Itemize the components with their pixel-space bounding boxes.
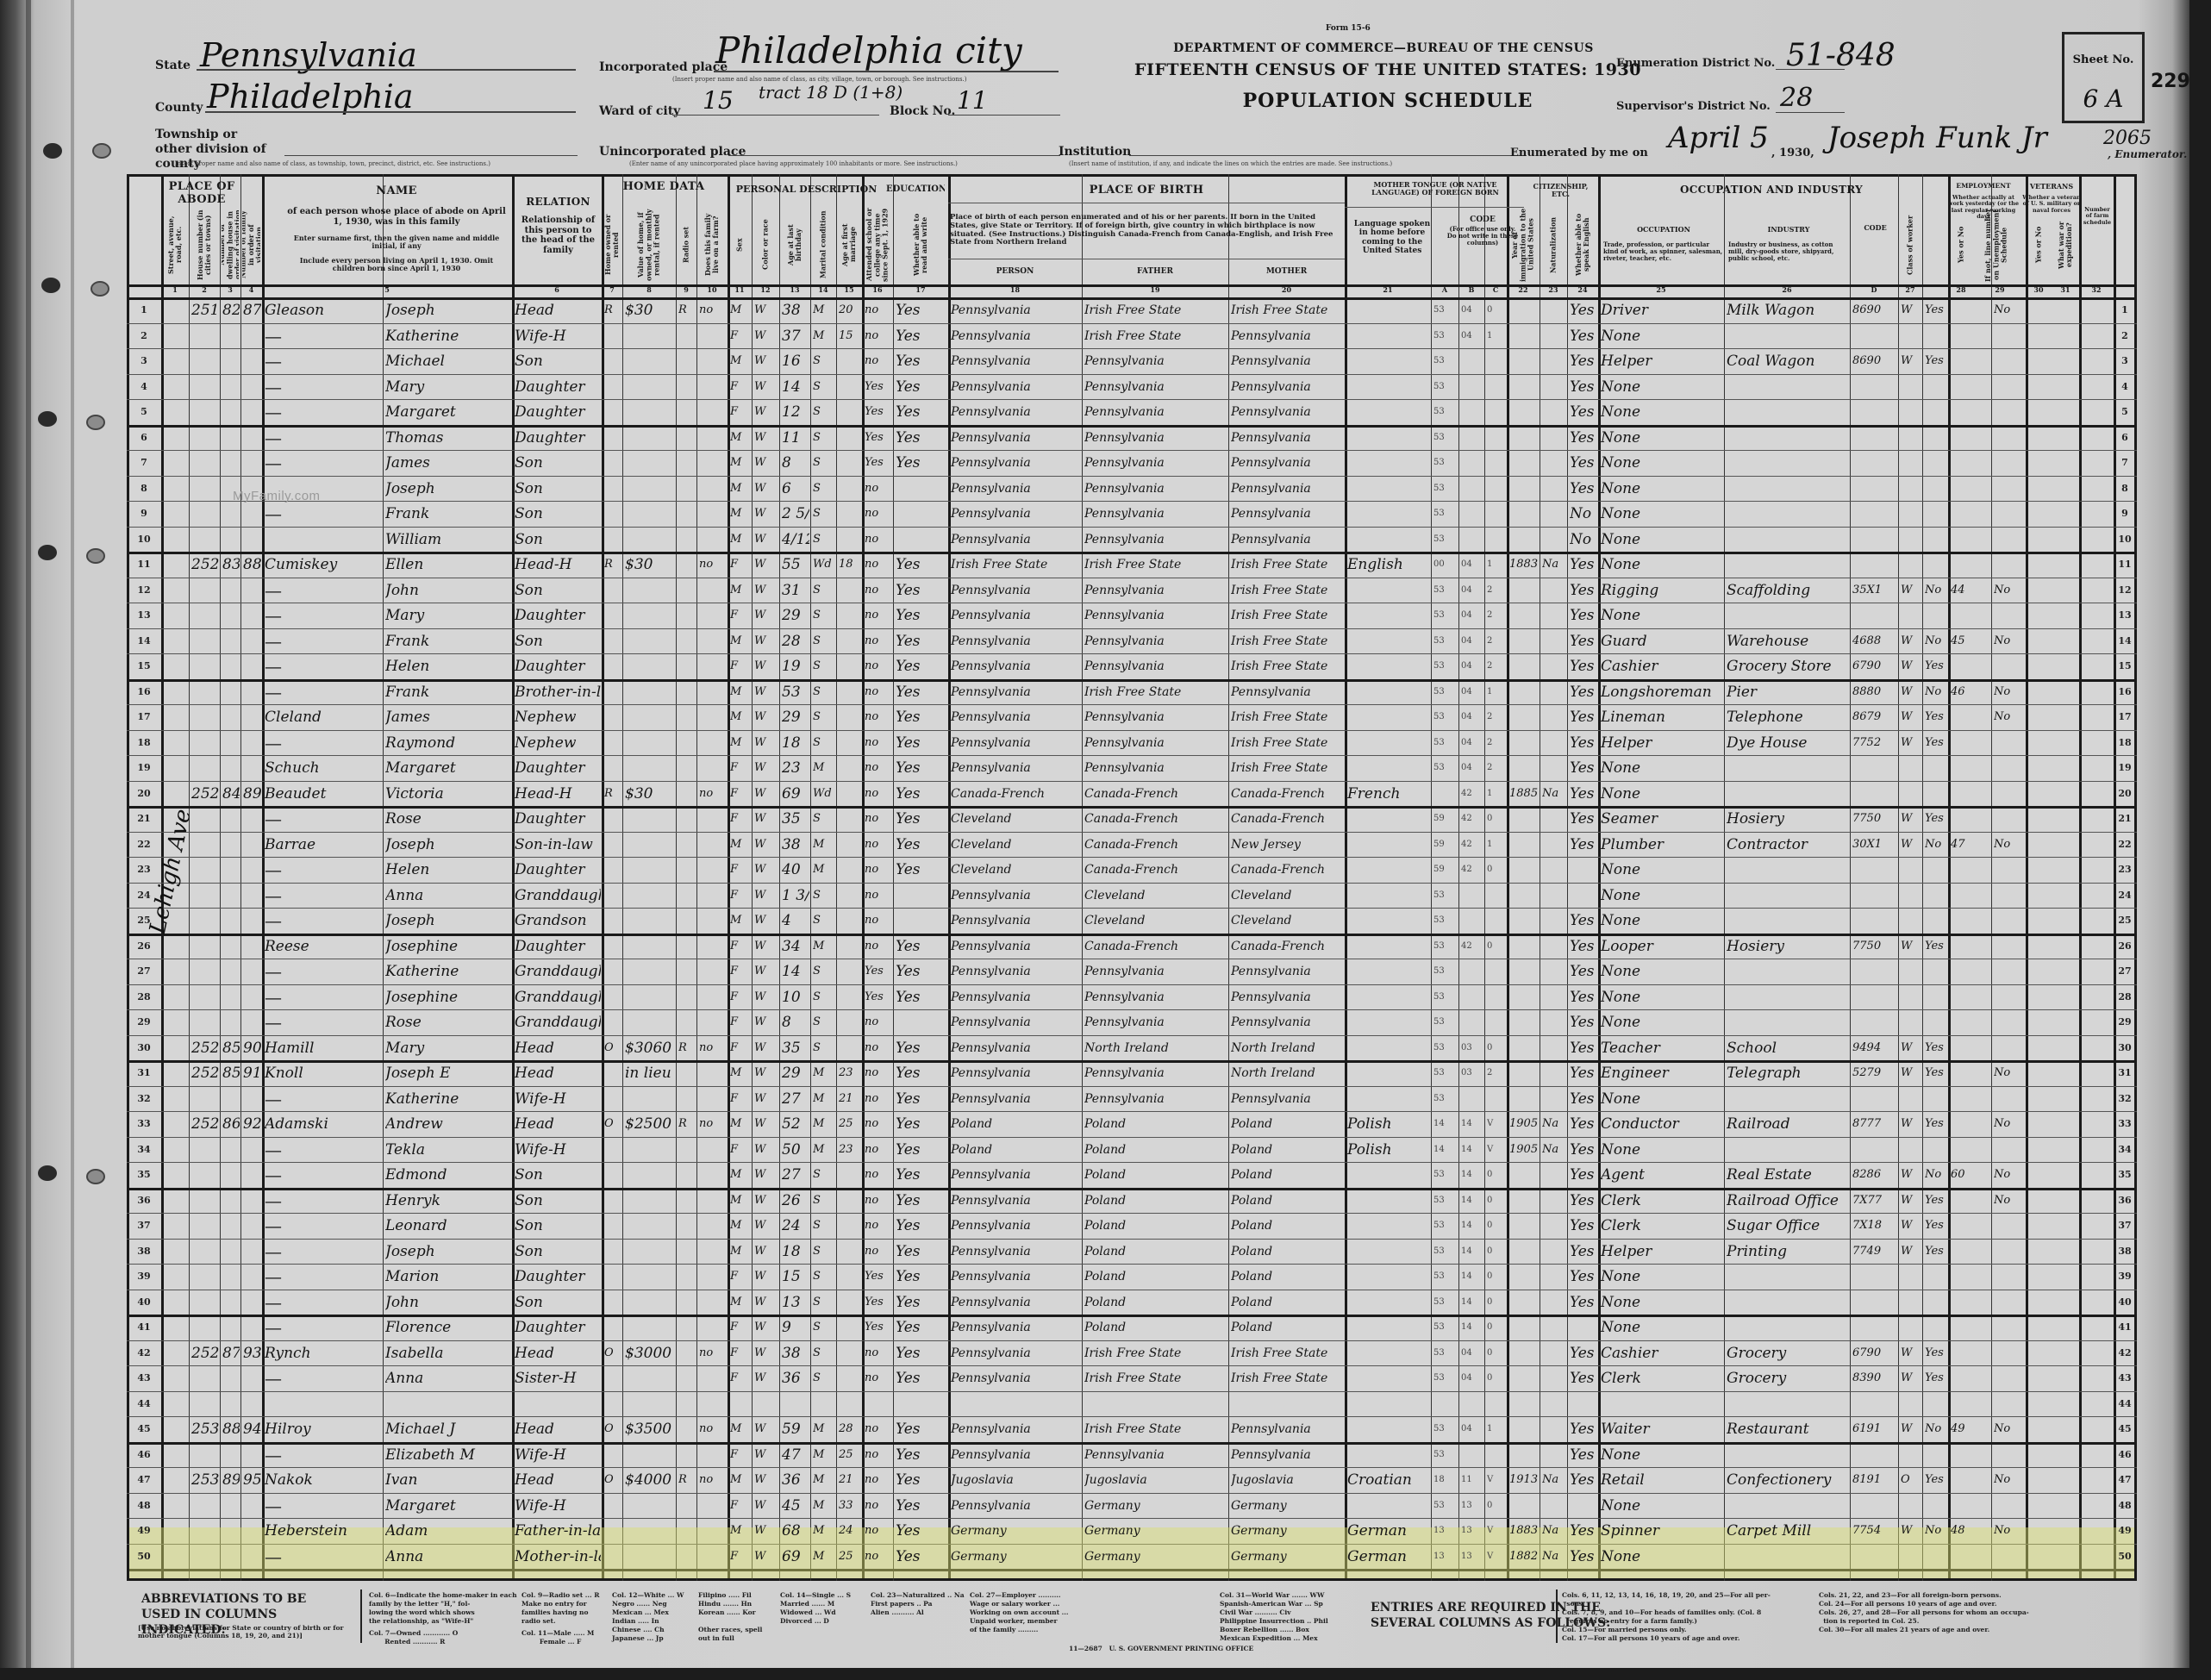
column-header-v8: Value of home, if owned, or monthly rent… bbox=[624, 207, 674, 283]
cell-age: 45 bbox=[782, 1495, 809, 1517]
cell-race: W bbox=[754, 1520, 778, 1542]
cell-ca: 53 bbox=[1433, 1418, 1458, 1440]
row-divider bbox=[127, 348, 2137, 349]
column-header-v31: What war or expedition? bbox=[2053, 207, 2077, 283]
cell-sex: M bbox=[730, 681, 751, 703]
cell-bpm: Poland bbox=[1231, 1215, 1344, 1237]
column-number: 27 bbox=[1898, 285, 1922, 297]
cell-eng: Yes bbox=[1570, 1418, 1597, 1440]
column-divider bbox=[1458, 174, 1459, 1581]
cell-cw: W bbox=[1901, 732, 1921, 754]
cell-rel: Wife-H bbox=[515, 1444, 601, 1466]
cell-rw: Yes bbox=[896, 1265, 947, 1288]
column-number: 19 bbox=[1082, 285, 1228, 297]
underline bbox=[284, 155, 578, 156]
cell-surname: — bbox=[265, 1164, 382, 1186]
cell-rw: Yes bbox=[896, 834, 947, 856]
cell-farm: no bbox=[699, 553, 727, 576]
sheet-label: Sheet No. bbox=[2064, 53, 2142, 66]
abbr-col12-other: Filipino ..... Fil Hindu ....... Hn Kore… bbox=[698, 1591, 762, 1643]
column-number: 23 bbox=[1540, 285, 1567, 297]
cell-bpm: New Jersey bbox=[1231, 834, 1344, 856]
cell-rel: Daughter bbox=[515, 401, 601, 423]
cell-given: Frank bbox=[385, 630, 511, 653]
cell-occ: None bbox=[1601, 1291, 1723, 1314]
cell-sch: no bbox=[865, 1037, 892, 1059]
cell-eng: Yes bbox=[1570, 808, 1597, 830]
cell-occ: None bbox=[1601, 909, 1723, 932]
footer-instructions: ABBREVIATIONS TO BE USED IN COLUMNS INDI… bbox=[129, 1588, 2138, 1657]
county-value: Philadelphia bbox=[207, 78, 414, 116]
cell-eng: Yes bbox=[1570, 579, 1597, 602]
cell-vet: No bbox=[1994, 1164, 2025, 1186]
cell-ca: 53 bbox=[1433, 960, 1458, 983]
binding-hole bbox=[38, 1165, 57, 1181]
cell-sex: F bbox=[730, 376, 751, 398]
cell-ca: 53 bbox=[1433, 1011, 1458, 1034]
column-number: 6 bbox=[512, 285, 602, 297]
line-number: 26 bbox=[127, 940, 161, 952]
column-number: 7 bbox=[602, 285, 622, 297]
cell-unemp: 45 bbox=[1951, 630, 1990, 653]
cell-race: W bbox=[754, 1190, 778, 1212]
column-divider bbox=[752, 174, 753, 1581]
cell-rw: Yes bbox=[896, 1139, 947, 1161]
cell-bpf: Canada-French bbox=[1084, 808, 1227, 830]
cell-bpf: Pennsylvania bbox=[1084, 757, 1227, 779]
cell-bpf: Pennsylvania bbox=[1084, 401, 1227, 423]
row-divider bbox=[127, 1137, 2137, 1138]
cell-bpf: Poland bbox=[1084, 1265, 1227, 1288]
line-number: 42 bbox=[127, 1347, 161, 1358]
cell-rel: Wife-H bbox=[515, 325, 601, 347]
cell-val: $4000 bbox=[625, 1469, 675, 1491]
cell-bpm: Irish Free State bbox=[1231, 630, 1344, 653]
line-number: 41 bbox=[127, 1321, 161, 1333]
cell-bpm: Canada-French bbox=[1231, 808, 1344, 830]
cell-farm: no bbox=[699, 1037, 727, 1059]
col-group-citizenship: CITIZENSHIP, ETC. bbox=[1524, 183, 1597, 198]
cell-mar: S bbox=[813, 630, 835, 653]
column-divider bbox=[1948, 174, 1951, 1581]
cell-work: Yes bbox=[1925, 299, 1947, 322]
cell-bp: Pennsylvania bbox=[951, 935, 1081, 958]
cell-rw: Yes bbox=[896, 986, 947, 1009]
cell-bp: Pennsylvania bbox=[951, 1444, 1081, 1466]
header-divider bbox=[1345, 207, 1524, 208]
cell-bpf: Canada-French bbox=[1084, 834, 1227, 856]
cell-bpf: Germany bbox=[1084, 1546, 1227, 1568]
column-divider bbox=[189, 174, 190, 1581]
row-divider bbox=[127, 832, 2137, 833]
cell-cw: W bbox=[1901, 1520, 1921, 1542]
cell-ca bbox=[1433, 783, 1458, 805]
cell-age: 24 bbox=[782, 1215, 809, 1237]
col-group-personal: PERSONAL DESCRIPTION bbox=[731, 184, 882, 196]
column-number: 31 bbox=[2052, 285, 2079, 297]
cell-rel: Son bbox=[515, 630, 601, 653]
line-number-right: 34 bbox=[2114, 1144, 2136, 1155]
column-divider bbox=[836, 174, 837, 1581]
cell-occ: Retail bbox=[1601, 1469, 1723, 1491]
cell-rw: Yes bbox=[896, 1088, 947, 1110]
cell-eng: Yes bbox=[1570, 681, 1597, 703]
line-number-right: 18 bbox=[2114, 737, 2136, 748]
cell-bp: Pennsylvania bbox=[951, 757, 1081, 779]
cell-cb: 42 bbox=[1461, 808, 1483, 830]
cell-age: 14 bbox=[782, 376, 809, 398]
column-divider bbox=[1228, 174, 1229, 1581]
cell-ca: 53 bbox=[1433, 1342, 1458, 1365]
line-number: 29 bbox=[127, 1016, 161, 1027]
cell-age: 40 bbox=[782, 859, 809, 881]
line-number: 28 bbox=[127, 991, 161, 1002]
cell-bpf: Pennsylvania bbox=[1084, 630, 1227, 653]
cell-sex: M bbox=[730, 1291, 751, 1314]
line-number: 10 bbox=[127, 534, 161, 545]
cell-given: Raymond bbox=[385, 732, 511, 754]
cell-bpf: Canada-French bbox=[1084, 783, 1227, 805]
cell-bp: Pennsylvania bbox=[951, 960, 1081, 983]
cell-occ: Clerk bbox=[1601, 1367, 1723, 1390]
cell-given: Marion bbox=[385, 1265, 511, 1288]
cell-rw: Yes bbox=[896, 1367, 947, 1390]
cell-age: 52 bbox=[782, 1113, 809, 1135]
cell-ca: 53 bbox=[1433, 1062, 1458, 1084]
cell-sex: M bbox=[730, 1113, 751, 1135]
cell-tongue bbox=[1347, 299, 1430, 322]
cell-house: 2528 bbox=[191, 1342, 219, 1365]
cell-cb: 04 bbox=[1461, 1418, 1483, 1440]
line-number: 43 bbox=[127, 1372, 161, 1383]
cell-rel: Wife-H bbox=[515, 1495, 601, 1517]
cell-age: 18 bbox=[782, 732, 809, 754]
column-divider bbox=[1898, 174, 1899, 1581]
cell-sex: F bbox=[730, 1495, 751, 1517]
cell-race: W bbox=[754, 630, 778, 653]
abbreviations-note: [Use no abbreviations for State or count… bbox=[138, 1624, 353, 1639]
cell-ind: Telegraph bbox=[1727, 1062, 1849, 1084]
cell-sex: M bbox=[730, 350, 751, 372]
cell-work: Yes bbox=[1925, 808, 1947, 830]
column-number: 5 bbox=[262, 285, 512, 297]
cell-rel: Son bbox=[515, 452, 601, 474]
cell-imm: 1883 bbox=[1509, 1520, 1539, 1542]
department-title: DEPARTMENT OF COMMERCE—BUREAU OF THE CEN… bbox=[1125, 41, 1642, 55]
cell-cw: W bbox=[1901, 935, 1921, 958]
cell-sch: no bbox=[865, 1342, 892, 1365]
cell-sch: no bbox=[865, 325, 892, 347]
cell-eng: Yes bbox=[1570, 401, 1597, 423]
line-number-right: 13 bbox=[2114, 609, 2136, 621]
cell-given: John bbox=[385, 1291, 511, 1314]
cell-age: 9 bbox=[782, 1316, 809, 1339]
col-group-relation: RELATION bbox=[517, 197, 599, 209]
cell-bpf: Pennsylvania bbox=[1084, 732, 1227, 754]
cell-mar: S bbox=[813, 350, 835, 372]
binding-hole bbox=[43, 143, 62, 159]
cell-age: 1 3/12 bbox=[782, 884, 809, 907]
cell-fam: 94 bbox=[243, 1418, 261, 1440]
cell-occ: None bbox=[1601, 604, 1723, 627]
line-number: 32 bbox=[127, 1093, 161, 1104]
cell-occ: None bbox=[1601, 783, 1723, 805]
cell-rw: Yes bbox=[896, 732, 947, 754]
cell-bp: Canada-French bbox=[951, 783, 1081, 805]
cell-mar: M bbox=[813, 757, 835, 779]
cell-code: 7752 bbox=[1852, 732, 1897, 754]
cell-rw: Yes bbox=[896, 935, 947, 958]
cell-cc: 2 bbox=[1487, 655, 1506, 678]
cell-bp: Pennsylvania bbox=[951, 427, 1081, 449]
column-divider bbox=[1540, 174, 1540, 1581]
binding-edge bbox=[26, 0, 31, 1668]
cell-dw: 86 bbox=[222, 1113, 240, 1135]
line-number: 17 bbox=[127, 711, 161, 722]
cell-eng: Yes bbox=[1570, 604, 1597, 627]
cell-eng: Yes bbox=[1570, 478, 1597, 500]
cell-cb: 04 bbox=[1461, 732, 1483, 754]
row-divider bbox=[127, 653, 2137, 654]
line-number-right: 45 bbox=[2114, 1423, 2136, 1434]
cell-rel: Daughter bbox=[515, 376, 601, 398]
incorporated-value: Philadelphia city bbox=[715, 29, 1022, 72]
cell-fam: 93 bbox=[243, 1342, 261, 1365]
cell-surname: — bbox=[265, 325, 382, 347]
cell-code: 8286 bbox=[1852, 1164, 1897, 1186]
cell-house: 2518 bbox=[191, 299, 219, 322]
line-number-right: 32 bbox=[2114, 1093, 2136, 1104]
row-divider bbox=[127, 1213, 2137, 1214]
cell-sch: no bbox=[865, 1088, 892, 1110]
cell-cw: W bbox=[1901, 1190, 1921, 1212]
occupation-description: Trade, profession, or particular kind of… bbox=[1603, 241, 1724, 262]
cell-sex: M bbox=[730, 1215, 751, 1237]
column-divider bbox=[779, 174, 780, 1581]
cell-vet: No bbox=[1994, 1469, 2025, 1491]
cell-eng: Yes bbox=[1570, 376, 1597, 398]
line-number-right: 5 bbox=[2114, 406, 2136, 417]
enumerator-name: Joseph Funk Jr bbox=[1827, 121, 2047, 155]
cell-rw: Yes bbox=[896, 1215, 947, 1237]
cell-cw: O bbox=[1901, 1469, 1921, 1491]
cell-race: W bbox=[754, 1546, 778, 1568]
column-header-v15: Age at first marriage bbox=[838, 207, 860, 283]
column-header-v14: Marital condition bbox=[812, 207, 834, 283]
cell-occ: None bbox=[1601, 1265, 1723, 1288]
cell-given: Josephine bbox=[385, 935, 511, 958]
cell-ind: Hosiery bbox=[1727, 808, 1849, 830]
cell-rel: Daughter bbox=[515, 757, 601, 779]
cell-dw: 87 bbox=[222, 1342, 240, 1365]
cell-own: O bbox=[604, 1418, 621, 1440]
column-header-v16: Attended school or college any time sinc… bbox=[864, 207, 891, 283]
cell-cb: 42 bbox=[1461, 834, 1483, 856]
line-number-right: 48 bbox=[2114, 1500, 2136, 1511]
cell-race: W bbox=[754, 808, 778, 830]
line-number-right: 39 bbox=[2114, 1271, 2136, 1282]
cell-bpm: Poland bbox=[1231, 1316, 1344, 1339]
cell-own bbox=[604, 1062, 621, 1084]
line-number-right: 43 bbox=[2114, 1372, 2136, 1383]
cell-agem: 28 bbox=[839, 1418, 861, 1440]
cell-cb: 04 bbox=[1461, 655, 1483, 678]
cell-bpm: Pennsylvania bbox=[1231, 376, 1344, 398]
cell-imm: 1882 bbox=[1509, 1546, 1539, 1568]
cell-surname: — bbox=[265, 1444, 382, 1466]
cell-age: 27 bbox=[782, 1088, 809, 1110]
cell-ind: Sugar Office bbox=[1727, 1215, 1849, 1237]
cell-bpm: Pennsylvania bbox=[1231, 401, 1344, 423]
abbr-col31: Col. 31—World War ....... WW Spanish-Ame… bbox=[1220, 1591, 1328, 1643]
column-number: 12 bbox=[752, 285, 779, 297]
cell-sex: M bbox=[730, 503, 751, 525]
cell-bp: Pennsylvania bbox=[951, 325, 1081, 347]
cell-bpf: Germany bbox=[1084, 1520, 1227, 1542]
cell-occ: None bbox=[1601, 757, 1723, 779]
line-number-right: 12 bbox=[2114, 584, 2136, 596]
cell-sch: no bbox=[865, 783, 892, 805]
cell-cw: W bbox=[1901, 1215, 1921, 1237]
line-number: 9 bbox=[127, 508, 161, 519]
cell-cc: 0 bbox=[1487, 935, 1506, 958]
column-header-v7: Home owned or rented bbox=[603, 207, 621, 283]
cell-ca: 53 bbox=[1433, 909, 1458, 932]
cell-surname: — bbox=[265, 1088, 382, 1110]
cell-rw: Yes bbox=[896, 427, 947, 449]
cell-surname: — bbox=[265, 579, 382, 602]
cell-vet: No bbox=[1994, 1190, 2025, 1212]
cell-mar: S bbox=[813, 1011, 835, 1034]
cell-age: 26 bbox=[782, 1190, 809, 1212]
institution-label: Institution bbox=[1059, 145, 1131, 159]
line-number: 15 bbox=[127, 660, 161, 671]
cell-ca: 53 bbox=[1433, 757, 1458, 779]
cell-surname: — bbox=[265, 960, 382, 983]
cell-age: 4/12 bbox=[782, 528, 809, 551]
cell-eng: Yes bbox=[1570, 655, 1597, 678]
line-number-right: 35 bbox=[2114, 1169, 2136, 1180]
line-number-right: 44 bbox=[2114, 1398, 2136, 1409]
cell-bpf: Pennsylvania bbox=[1084, 579, 1227, 602]
cell-ind: Grocery Store bbox=[1727, 655, 1849, 678]
cell-given: Helen bbox=[385, 859, 511, 881]
cell-bpf: Pennsylvania bbox=[1084, 427, 1227, 449]
cell-given: Frank bbox=[385, 503, 511, 525]
line-number-right: 9 bbox=[2114, 508, 2136, 519]
cell-agem: 21 bbox=[839, 1469, 861, 1491]
binding-hole bbox=[41, 278, 60, 293]
cell-fam: 87 bbox=[243, 299, 261, 322]
column-header-v17: Whether able to read and write bbox=[895, 207, 946, 283]
cell-bp: Pennsylvania bbox=[951, 732, 1081, 754]
cell-ca: 53 bbox=[1433, 427, 1458, 449]
cell-bp: Pennsylvania bbox=[951, 376, 1081, 398]
cell-eng: Yes bbox=[1570, 960, 1597, 983]
cell-race: W bbox=[754, 1037, 778, 1059]
line-number-right: 21 bbox=[2114, 813, 2136, 824]
cell-mar: M bbox=[813, 859, 835, 881]
column-header-v12: Color or race bbox=[753, 207, 778, 283]
cell-age: 36 bbox=[782, 1367, 809, 1390]
column-number: 26 bbox=[1724, 285, 1850, 297]
cell-mar: M bbox=[813, 299, 835, 322]
cell-work: Yes bbox=[1925, 935, 1947, 958]
cell-code: 8690 bbox=[1852, 299, 1897, 322]
cell-sch: no bbox=[865, 808, 892, 830]
cell-rel: Head-H bbox=[515, 783, 601, 805]
cell-surname: Rynch bbox=[265, 1342, 382, 1365]
cell-mar: M bbox=[813, 325, 835, 347]
column-divider bbox=[1345, 174, 1347, 1581]
cell-race: W bbox=[754, 935, 778, 958]
line-number-right: 27 bbox=[2114, 965, 2136, 977]
cell-age: 53 bbox=[782, 681, 809, 703]
row-divider bbox=[127, 1569, 2137, 1571]
cell-given: Mary bbox=[385, 604, 511, 627]
cell-bpm: Germany bbox=[1231, 1520, 1344, 1542]
line-number-right: 11 bbox=[2114, 559, 2136, 570]
cell-sch: Yes bbox=[865, 452, 892, 474]
cell-sex: F bbox=[730, 1139, 751, 1161]
line-number: 4 bbox=[127, 381, 161, 392]
cell-occ: Cashier bbox=[1601, 655, 1723, 678]
cell-work: Yes bbox=[1925, 1342, 1947, 1365]
schedule-title: POPULATION SCHEDULE bbox=[1146, 90, 1629, 112]
cell-eng: Yes bbox=[1570, 1164, 1597, 1186]
cell-race: W bbox=[754, 757, 778, 779]
row-divider bbox=[127, 1518, 2137, 1519]
cell-sch: no bbox=[865, 528, 892, 551]
cell-bpm: Canada-French bbox=[1231, 935, 1344, 958]
cell-race: W bbox=[754, 960, 778, 983]
cell-given: Rose bbox=[385, 808, 511, 830]
cell-surname: Knoll bbox=[265, 1062, 382, 1084]
cell-ca: 53 bbox=[1433, 986, 1458, 1009]
line-number-right: 33 bbox=[2114, 1118, 2136, 1129]
cell-cw: W bbox=[1901, 299, 1921, 322]
cell-imm: 1905 bbox=[1509, 1139, 1539, 1161]
cell-rel: Head bbox=[515, 1342, 601, 1365]
line-number: 27 bbox=[127, 965, 161, 977]
cell-dw: 89 bbox=[222, 1469, 240, 1491]
cell-sch: Yes bbox=[865, 986, 892, 1009]
cell-rw: Yes bbox=[896, 1495, 947, 1517]
cell-own: O bbox=[604, 1113, 621, 1135]
cell-bpm: Pennsylvania bbox=[1231, 528, 1344, 551]
cell-sch: no bbox=[865, 1164, 892, 1186]
cell-sch: no bbox=[865, 1190, 892, 1212]
cell-cc: V bbox=[1487, 1546, 1506, 1568]
cell-mar: S bbox=[813, 706, 835, 728]
cell-occ: Spinner bbox=[1601, 1520, 1723, 1542]
cell-race: W bbox=[754, 579, 778, 602]
cell-own: R bbox=[604, 299, 621, 322]
cell-eng: Yes bbox=[1570, 1113, 1597, 1135]
row-divider bbox=[127, 1493, 2137, 1494]
cell-ca: 53 bbox=[1433, 325, 1458, 347]
row-divider bbox=[127, 1239, 2137, 1240]
cell-sex: F bbox=[730, 1316, 751, 1339]
cell-given: Joseph E bbox=[385, 1062, 511, 1084]
line-number-right: 25 bbox=[2114, 915, 2136, 926]
cell-race: W bbox=[754, 681, 778, 703]
underline bbox=[1776, 69, 1845, 70]
cell-ca: 53 bbox=[1433, 376, 1458, 398]
cell-agem: 25 bbox=[839, 1444, 861, 1466]
cell-own: O bbox=[604, 1037, 621, 1059]
cell-mar: M bbox=[813, 1139, 835, 1161]
